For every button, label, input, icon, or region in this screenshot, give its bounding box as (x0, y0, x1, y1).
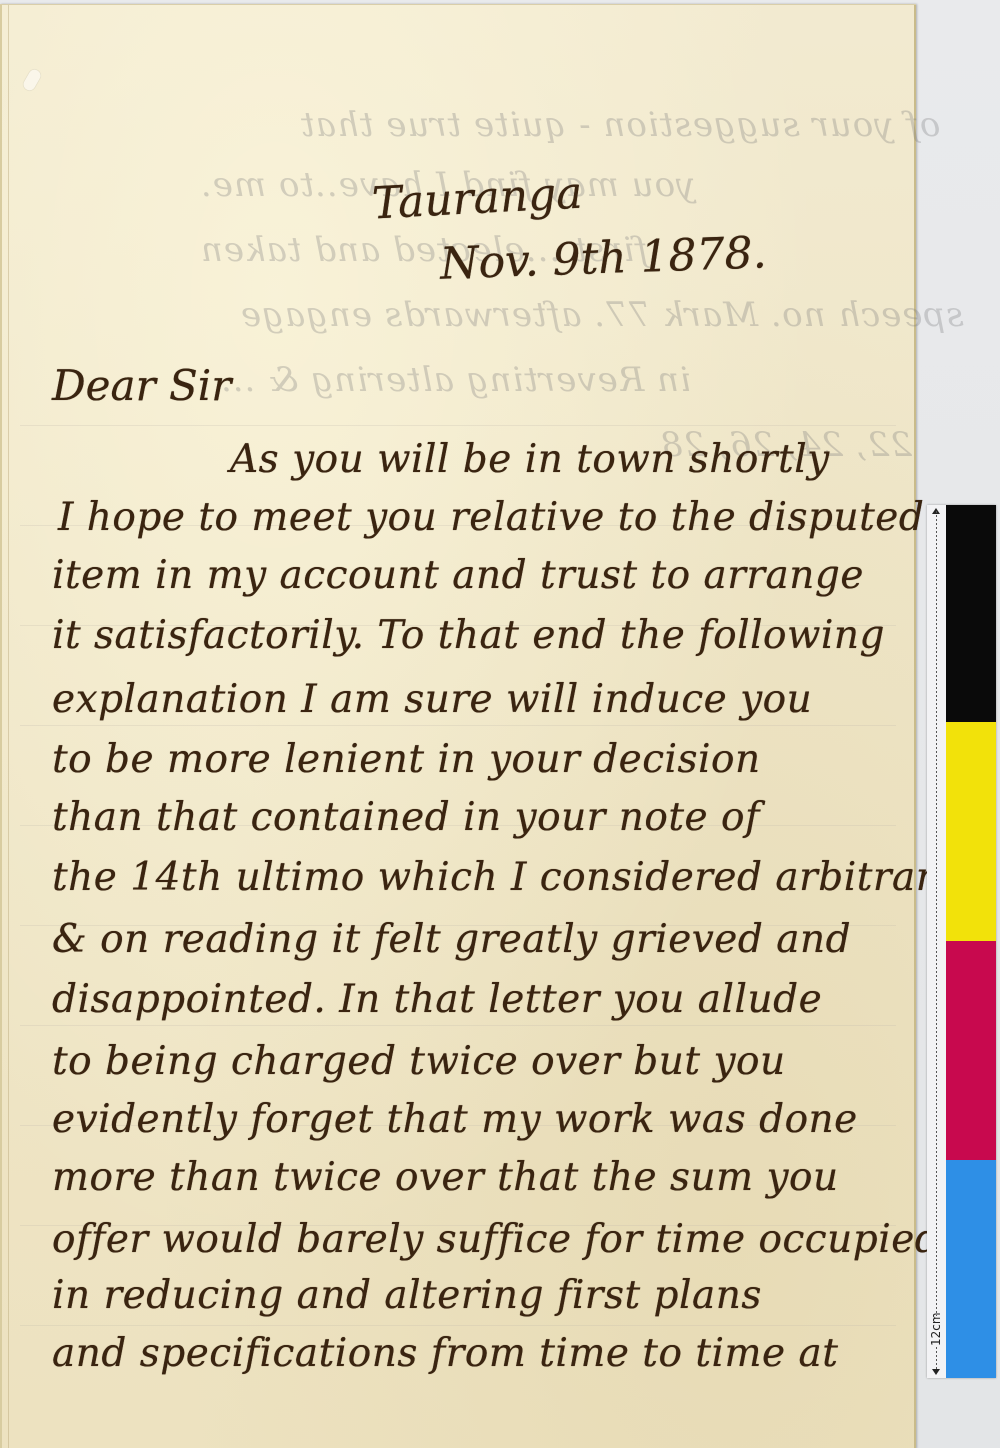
letter-line: item in my account and trust to arrange (52, 553, 864, 598)
letter-line: As you will be in town shortly (230, 437, 830, 482)
letter-line: I hope to meet you relative to the dispu… (58, 495, 924, 540)
letter-line: to being charged twice over but you (52, 1039, 786, 1084)
letter-date: Nov. 9th 1878. (439, 227, 767, 289)
ruled-line (20, 725, 896, 726)
swatch-yellow (946, 722, 996, 941)
letter-line: explanation I am sure will induce you (52, 677, 812, 722)
bleed-through-text: in Reverting altering & ... (220, 360, 691, 400)
swatch-magenta (946, 941, 996, 1160)
ruler-measure-line (936, 511, 937, 1372)
letter-line: the 14th ultimo which I considered arbit… (52, 855, 957, 900)
letter-place: Tauranga (371, 168, 584, 230)
letter-line: it satisfactorily. To that end the follo… (52, 613, 885, 658)
color-calibration-scale: 12cm (927, 505, 996, 1378)
ruled-line (20, 1325, 896, 1326)
ruler-label: 12cm (929, 1316, 943, 1346)
ruled-line (20, 425, 896, 426)
ruled-line (20, 1025, 896, 1026)
letter-salutation: Dear Sir (52, 361, 231, 410)
letter-line: offer would barely suffice for time occu… (52, 1217, 940, 1262)
swatch-black (946, 505, 996, 722)
ruler-strip: 12cm (927, 505, 947, 1378)
bleed-through-text: of your suggestion - quite true that (300, 105, 940, 145)
paper-fold-line (8, 5, 9, 1448)
arrow-down-icon (932, 1369, 940, 1375)
letter-line: disappointed. In that letter you allude (52, 977, 822, 1022)
letter-page: of your suggestion - quite true that you… (0, 4, 916, 1448)
letter-line: than that contained in your note of (52, 795, 760, 840)
swatch-cyan (946, 1160, 996, 1378)
letter-line: to be more lenient in your decision (52, 737, 761, 782)
letter-line: and specifications from time to time at (52, 1331, 838, 1376)
pin-hole-mark (21, 67, 42, 92)
letter-line: evidently forget that my work was done (52, 1097, 858, 1142)
letter-line: & on reading it felt greatly grieved and (52, 917, 851, 962)
letter-line: more than twice over that the sum you (52, 1155, 839, 1200)
letter-line: in reducing and altering first plans (52, 1273, 762, 1318)
bleed-through-text: speech no. Mark 77. afterwards engage (240, 295, 964, 335)
